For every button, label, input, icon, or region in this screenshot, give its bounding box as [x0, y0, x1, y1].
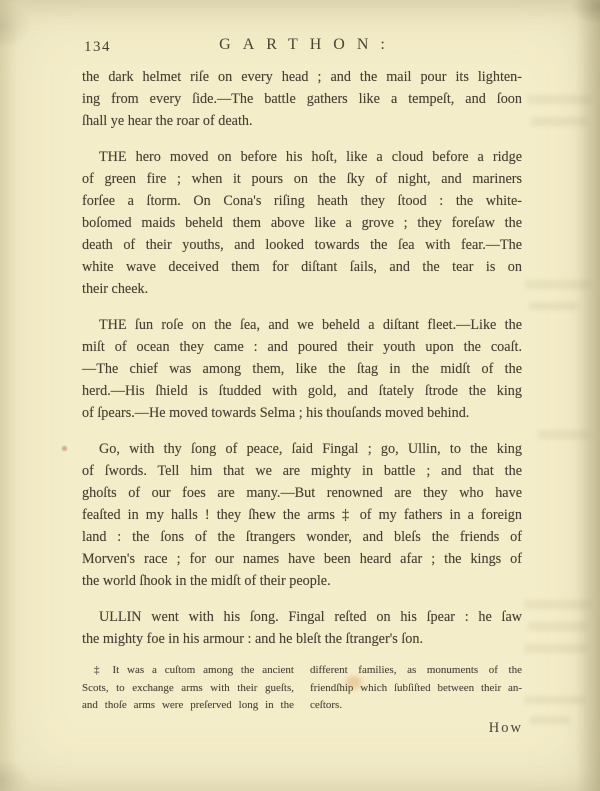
show-through-artifact [524, 600, 592, 609]
paragraph: ULLIN went with his ſong. Fingal reſted … [82, 606, 522, 650]
text-line: ULLIN went with his ſong. Fingal reſted … [82, 606, 522, 628]
text-line: boſomed maids beheld them above like a g… [82, 212, 522, 234]
footnote-column-right: different families, as monuments of thef… [310, 662, 522, 715]
text-line: Go, with thy ſong of peace, ſaid Fingal … [82, 438, 522, 460]
paragraph: THE hero moved on before his hoſt, like … [82, 146, 522, 300]
show-through-artifact [524, 696, 586, 704]
catchword: How [489, 720, 523, 737]
text-line: Morven's race ; for our names have been … [82, 548, 522, 570]
text-line: herd.—His ſhield is ſtudded with gold, a… [82, 380, 522, 402]
text-line: of ſpears.—He moved towards Selma ; his … [82, 402, 522, 424]
text-line: death of their youths, and looked toward… [82, 234, 522, 256]
text-line: ſhall ye hear the roar of death. [82, 110, 522, 132]
show-through-artifact [538, 430, 590, 439]
text-line: —The chief was among them, like the ſtag… [82, 358, 522, 380]
text-line: the world ſhook in the midſt of their pe… [82, 570, 522, 592]
text-line: of green fire ; when it pours on the ſky… [82, 168, 522, 190]
text-line: white wave deceived them for diſtant ſai… [82, 256, 522, 278]
page-header: 134 GARTHON: [82, 36, 522, 62]
show-through-artifact [531, 117, 588, 126]
text-line: the mighty foe in his armour : and he bl… [82, 628, 522, 650]
show-through-artifact [530, 716, 570, 724]
text-line: forſee a ſtorm. On Cona's riſing heath t… [82, 190, 522, 212]
footnote-line: ‡ It was a cuſtom among the ancient [82, 662, 294, 680]
paragraph: THE ſun roſe on the ſea, and we beheld a… [82, 314, 522, 424]
paragraph: Go, with thy ſong of peace, ſaid Fingal … [82, 438, 522, 592]
text-line: feaſted in my halls ! they ſhew the arms… [82, 504, 522, 526]
text-line: miſt of ocean they came : and poured the… [82, 336, 522, 358]
show-through-artifact [524, 644, 588, 653]
footnote-line: different families, as monuments of the [310, 662, 522, 680]
text-line: their cheek. [82, 278, 522, 300]
footnote-line: Scots, to exchange arms with their gueſt… [82, 680, 294, 698]
text-line: THE hero moved on before his hoſt, like … [82, 146, 522, 168]
text-line: THE ſun roſe on the ſea, and we beheld a… [82, 314, 522, 336]
footnote: ‡ It was a cuſtom among the ancientScots… [82, 662, 522, 715]
show-through-artifact [529, 302, 579, 310]
book-page: { "page": { "number": "134", "title": "G… [0, 0, 600, 791]
text-line: ing from every ſide.—The battle gathers … [82, 88, 522, 110]
footnote-column-left: ‡ It was a cuſtom among the ancientScots… [82, 662, 294, 715]
stain-artifact [346, 676, 362, 689]
footnote-line: ceſtors. [310, 697, 522, 715]
footnote-line: friendſhip which ſubſiſted between their… [310, 680, 522, 698]
paragraph: the dark helmet riſe on every head ; and… [82, 66, 522, 132]
page-title: GARTHON: [82, 36, 522, 54]
text-line: of ſwords. Tell him that we are mighty i… [82, 460, 522, 482]
body-text: the dark helmet riſe on every head ; and… [82, 66, 522, 664]
speck-artifact [62, 446, 67, 451]
page-number: 134 [84, 39, 111, 56]
show-through-artifact [527, 95, 591, 104]
text-line: ghoſts of our foes are many.—But renowne… [82, 482, 522, 504]
footnote-line: and thoſe arms were preſerved long in th… [82, 697, 294, 715]
text-line: the dark helmet riſe on every head ; and… [82, 66, 522, 88]
show-through-artifact [525, 280, 591, 289]
text-line: land : the ſons of the ſtrangers wonder,… [82, 526, 522, 548]
show-through-artifact [528, 622, 588, 631]
